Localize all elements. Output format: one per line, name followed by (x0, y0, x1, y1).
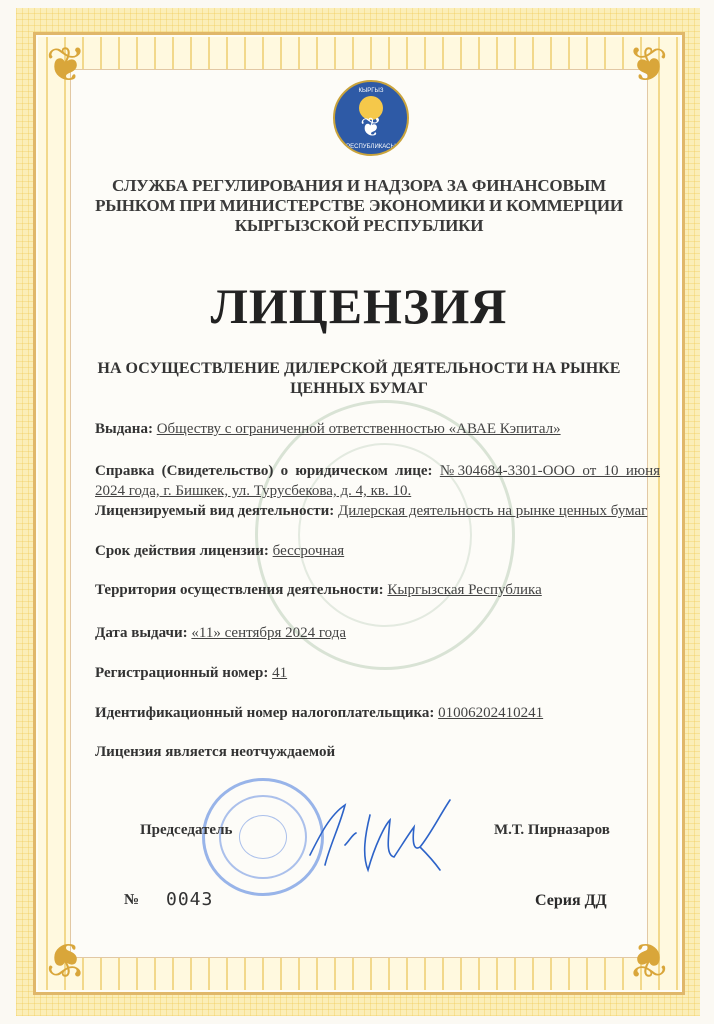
field-certificate: Справка (Свидетельство) о юридическом ли… (95, 461, 660, 501)
field-issued-to: Выдана: Обществу с ограниченной ответств… (95, 419, 660, 439)
field-territory: Территория осуществления деятельности: К… (95, 580, 660, 600)
field-value: 41 (272, 665, 287, 681)
state-emblem-icon: КЫРГЫЗ ❦ РЕСПУБЛИКАСЫ (333, 80, 409, 156)
field-tin: Идентификационный номер налогоплательщик… (95, 703, 660, 723)
field-registration-number: Регистрационный номер: 41 (95, 663, 660, 683)
field-value: 01006202410241 (438, 705, 543, 721)
license-subject: НА ОСУЩЕСТВЛЕНИЕ ДИЛЕРСКОЙ ДЕЯТЕЛЬНОСТИ … (90, 359, 628, 399)
non-transferable-note: Лицензия является неотчуждаемой (95, 744, 335, 760)
field-label: Территория осуществления деятельности: (95, 582, 384, 598)
field-label: Выдана: (95, 421, 153, 437)
field-value: Дилерская деятельность на рынке ценных б… (338, 503, 647, 519)
emblem-bottom-text: РЕСПУБЛИКАСЫ (335, 144, 407, 150)
field-issue-date: Дата выдачи: «11» сентября 2024 года (95, 623, 660, 643)
form-number: 0043 (166, 889, 213, 910)
ornament-corner-icon: ❦ (618, 928, 678, 988)
number-sign: № (124, 892, 139, 909)
falcon-icon: ❦ (353, 114, 389, 142)
issuing-organization: СЛУЖБА РЕГУЛИРОВАНИЯ И НАДЗОРА ЗА ФИНАНС… (90, 176, 628, 236)
field-label: Дата выдачи: (95, 625, 188, 641)
signature-icon (290, 785, 480, 885)
field-label: Лицензируемый вид деятельности: (95, 503, 334, 519)
field-label: Справка (Свидетельство) о юридическом ли… (95, 463, 433, 479)
field-value: Кыргызская Республика (387, 582, 541, 598)
field-label: Регистрационный номер: (95, 665, 268, 681)
field-value: Обществу с ограниченной ответственностью… (157, 421, 561, 437)
field-label: Срок действия лицензии: (95, 543, 269, 559)
field-label: Идентификационный номер налогоплательщик… (95, 705, 434, 721)
ornament-corner-icon: ❦ (36, 36, 96, 96)
field-value: бессрочная (273, 543, 345, 559)
field-non-transferable: Лицензия является неотчуждаемой (95, 742, 660, 762)
form-series: Серия ДД (535, 892, 607, 910)
document-title: ЛИЦЕНЗИЯ (90, 278, 628, 334)
ornament-corner-icon: ❦ (36, 928, 96, 988)
field-activity: Лицензируемый вид деятельности: Дилерска… (95, 501, 660, 521)
emblem-top-text: КЫРГЫЗ (335, 88, 407, 94)
field-value: «11» сентября 2024 года (191, 625, 346, 641)
field-validity: Срок действия лицензии: бессрочная (95, 541, 660, 561)
signatory-position: Председатель (140, 822, 232, 839)
signatory-name: М.Т. Пирназаров (494, 822, 610, 839)
ornament-corner-icon: ❦ (618, 36, 678, 96)
